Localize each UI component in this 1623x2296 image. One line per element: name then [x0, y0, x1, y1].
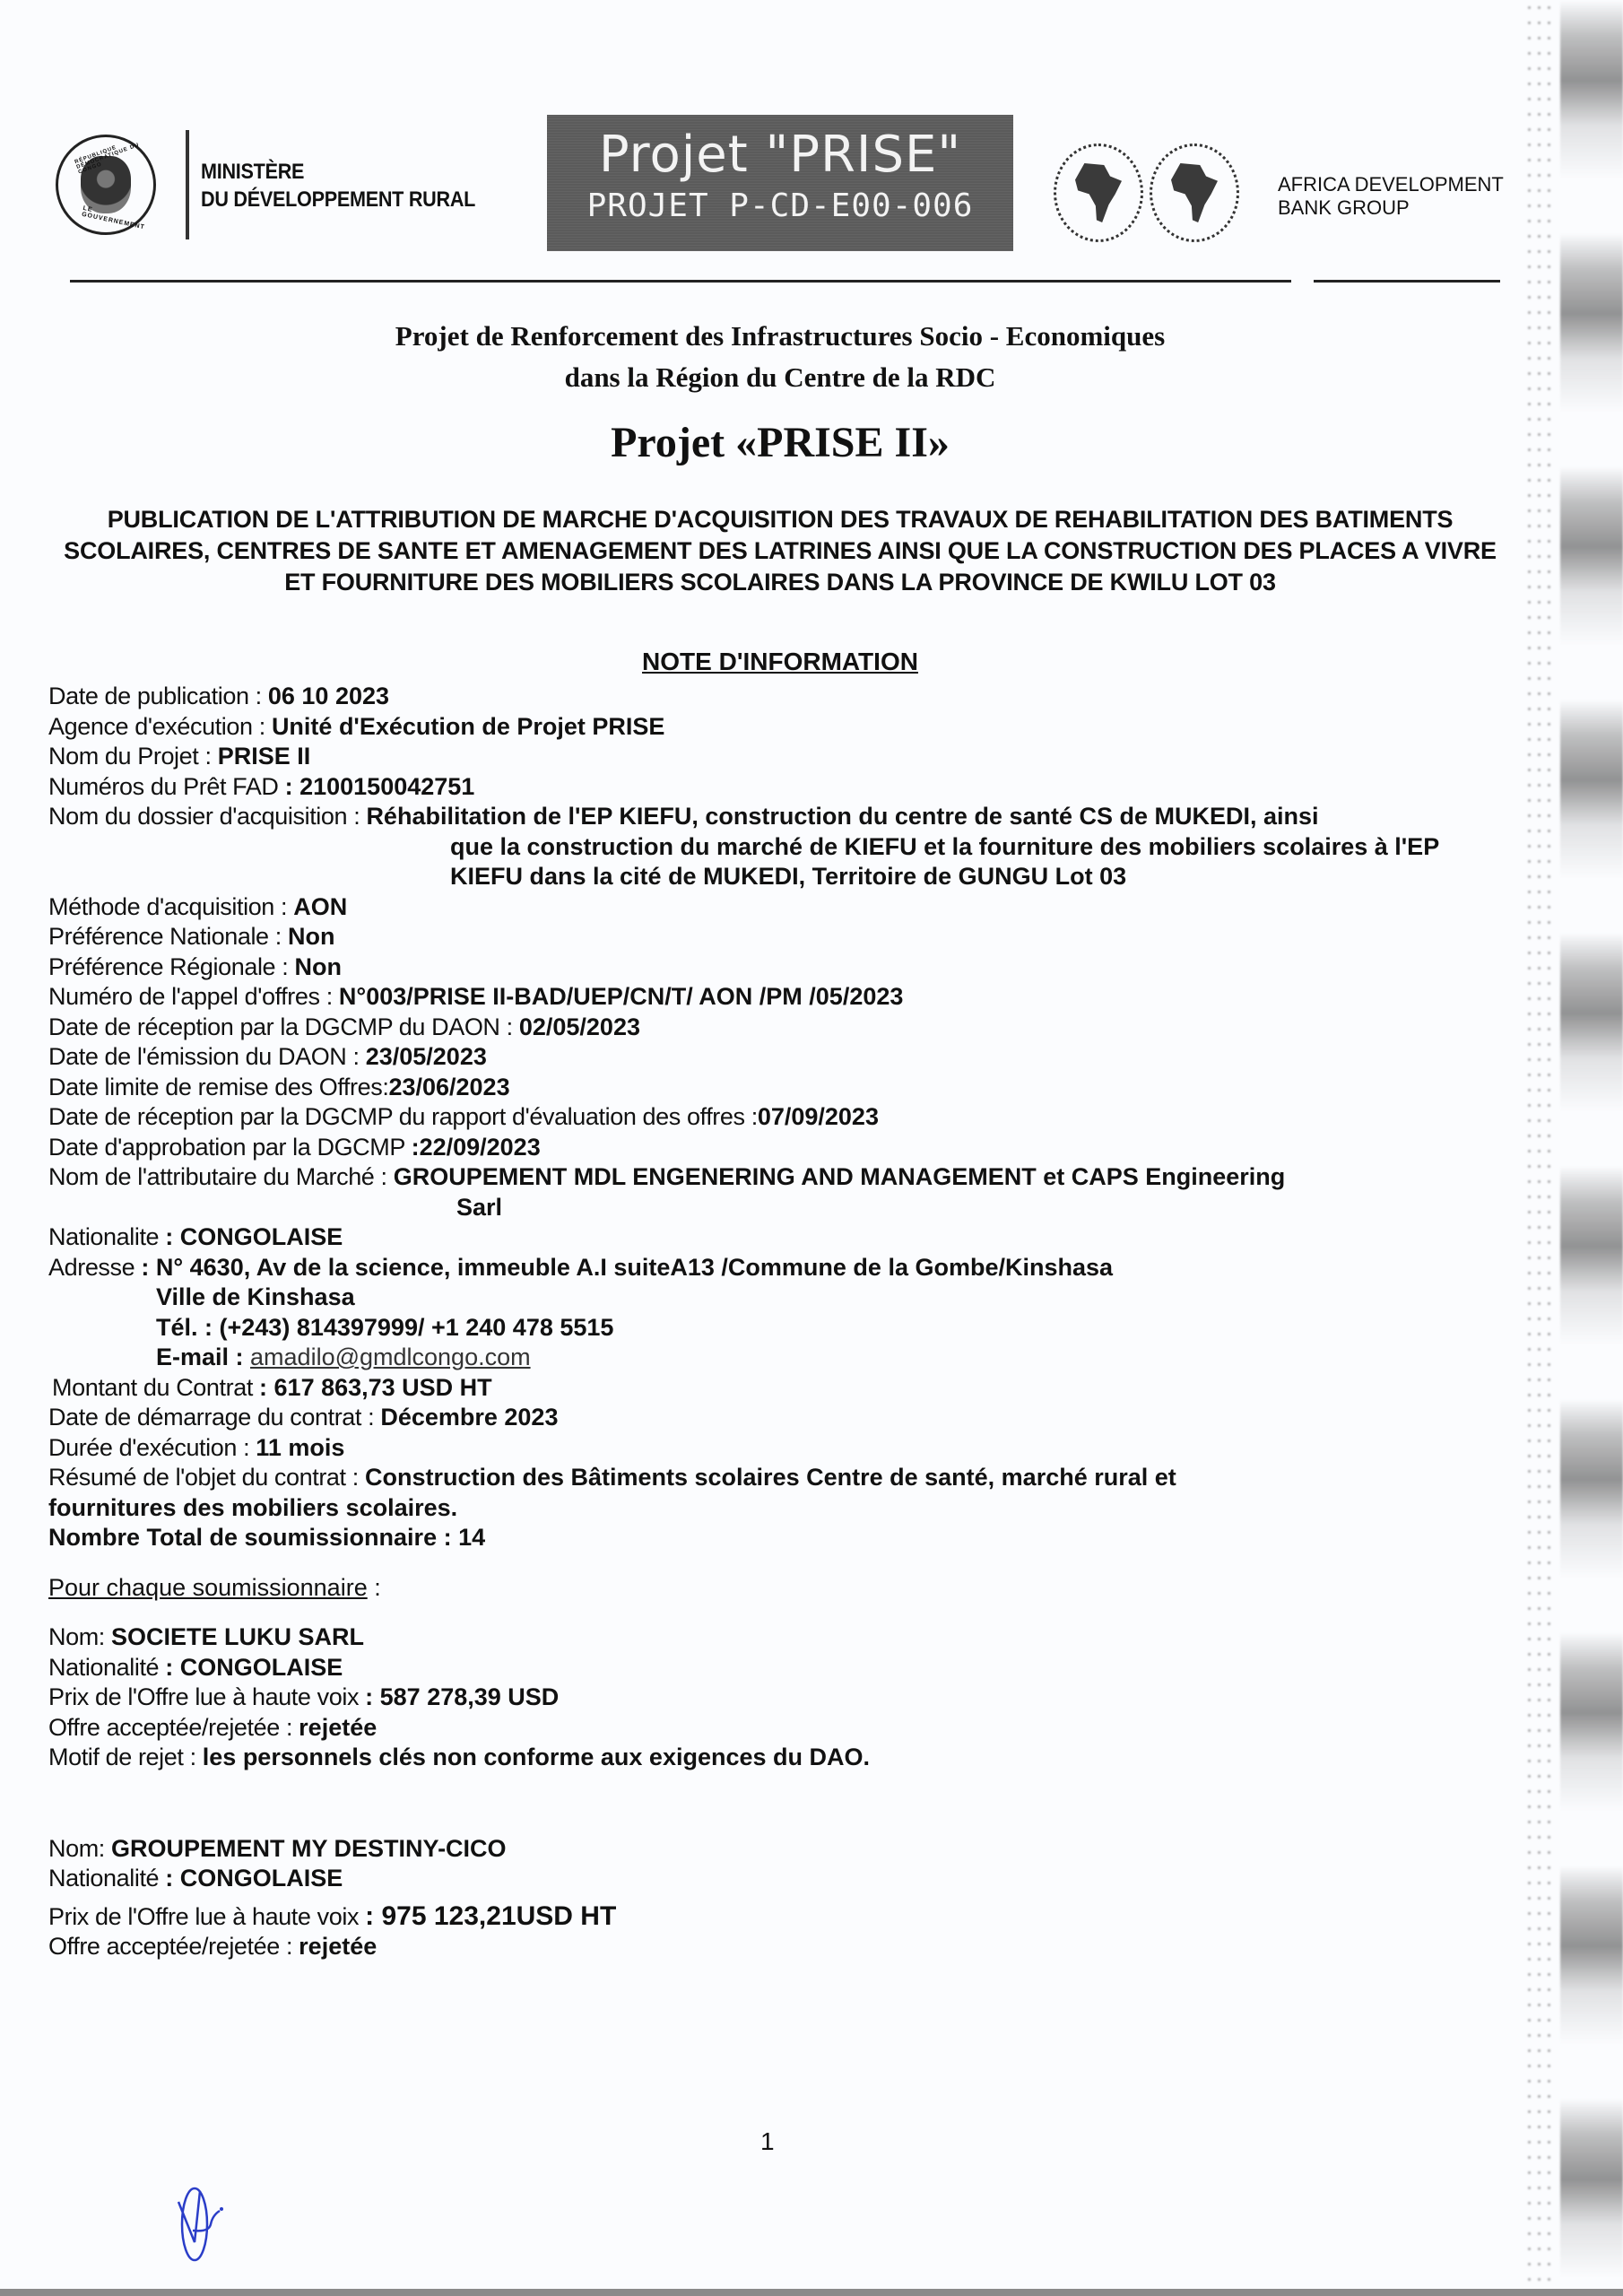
field-resume: Résumé de l'objet du contrat : Construct…: [48, 1463, 1519, 1493]
scanner-bottom-edge: [0, 2289, 1623, 2296]
ministry-name: MINISTÈRE DU DÉVELOPPEMENT RURAL: [201, 158, 475, 213]
field-nom-projet: Nom du Projet : PRISE II: [48, 742, 1519, 772]
header-divider: [186, 130, 189, 239]
field-date-limite: Date limite de remise des Offres:23/06/2…: [48, 1073, 1519, 1103]
field-approbation: Date d'approbation par la DGCMP :22/09/2…: [48, 1133, 1519, 1163]
field-attributaire: Nom de l'attributaire du Marché : GROUPE…: [48, 1162, 1519, 1193]
spacer: [48, 1603, 1519, 1622]
bidder-name: Nom: SOCIETE LUKU SARL: [48, 1622, 1519, 1653]
field-adresse-ville: Ville de Kinshasa: [48, 1283, 1519, 1313]
page-number: 1: [760, 2127, 775, 2156]
field-adresse: Adresse : N° 4630, Av de la science, imm…: [48, 1253, 1519, 1283]
bidder-nationality: Nationalité : CONGOLAISE: [48, 1653, 1519, 1683]
bidder-entry: Nom: GROUPEMENT MY DESTINY-CICO National…: [48, 1834, 1519, 1962]
ministry-line-2: DU DÉVELOPPEMENT RURAL: [201, 186, 475, 213]
field-dossier-continued: que la construction du marché de KIEFU e…: [48, 832, 1472, 892]
project-title: Projet «PRISE II»: [0, 418, 1560, 467]
signature-mark: [166, 2175, 247, 2265]
field-date-publication: Date de publication : 06 10 2023: [48, 682, 1519, 712]
spacer: [48, 1553, 1519, 1573]
project-banner: Projet "PRISE" PROJET P-CD-E00-006: [547, 115, 1013, 251]
banner-title: Projet "PRISE": [547, 126, 1013, 185]
africa-map-icon: [1075, 163, 1122, 222]
field-pref-regionale: Préférence Régionale : Non: [48, 952, 1519, 983]
field-attributaire-continued: Sarl: [48, 1193, 1519, 1223]
bidder-name: Nom: GROUPEMENT MY DESTINY-CICO: [48, 1834, 1519, 1865]
subtitle-line-2: dans la Région du Centre de la RDC: [0, 357, 1560, 398]
field-duree: Durée d'exécution : 11 mois: [48, 1433, 1519, 1464]
field-pref-nationale: Préférence Nationale : Non: [48, 922, 1519, 952]
field-reception-rapport: Date de réception par la DGCMP du rappor…: [48, 1102, 1519, 1133]
field-appel-offres: Numéro de l'appel d'offres : N°003/PRISE…: [48, 982, 1519, 1013]
field-tel: Tél. : (+243) 814397999/ +1 240 478 5515: [48, 1313, 1519, 1344]
field-agence: Agence d'exécution : Unité d'Exécution d…: [48, 712, 1519, 743]
field-montant: Montant du Contrat : 617 863,73 USD HT: [48, 1373, 1519, 1404]
field-reception-daon: Date de réception par la DGCMP du DAON :…: [48, 1013, 1519, 1043]
notice-body: Date de publication : 06 10 2023 Agence …: [48, 682, 1519, 1962]
program-subtitle: Projet de Renforcement des Infrastructur…: [0, 316, 1560, 398]
bidders-section-title: Pour chaque soumissionnaire :: [48, 1573, 1519, 1604]
africa-map-icon: [1171, 163, 1218, 222]
note-title: NOTE D'INFORMATION: [0, 648, 1560, 676]
spacer: [48, 1773, 1519, 1834]
field-resume-continued: fournitures des mobiliers scolaires.: [48, 1493, 1519, 1524]
drc-emblem-logo: RÉPUBLIQUE DÉMOCRATIQUE DU CONGO LE GOUV…: [56, 135, 156, 235]
bidder-price: Prix de l'Offre lue à haute voix : 587 2…: [48, 1683, 1519, 1713]
scan-edge-artifact: [1560, 0, 1623, 2296]
banner-subtitle: PROJET P-CD-E00-006: [547, 185, 1013, 228]
field-emission-daon: Date de l'émission du DAON : 23/05/2023: [48, 1042, 1519, 1073]
field-dossier: Nom du dossier d'acquisition : Réhabilit…: [48, 802, 1519, 832]
bidder-status: Offre acceptée/rejetée : rejetée: [48, 1713, 1519, 1744]
bidder-reject-reason: Motif de rejet : les personnels clés non…: [48, 1743, 1519, 1773]
header-rule-short: [1314, 280, 1500, 283]
bidder-nationality: Nationalité : CONGOLAISE: [48, 1864, 1519, 1894]
afdb-line-2: BANK GROUP: [1278, 196, 1504, 220]
afdb-line-1: AFRICA DEVELOPMENT: [1278, 173, 1504, 196]
ministry-line-1: MINISTÈRE: [201, 158, 475, 186]
bidder-status: Offre acceptée/rejetée : rejetée: [48, 1932, 1519, 1962]
subtitle-line-1: Projet de Renforcement des Infrastructur…: [0, 316, 1560, 357]
email-link[interactable]: amadilo@gmdlcongo.com: [250, 1344, 531, 1370]
afdf-fund-logo: [1150, 143, 1239, 242]
publication-title: PUBLICATION DE L'ATTRIBUTION DE MARCHE D…: [49, 504, 1511, 598]
bidder-price: Prix de l'Offre lue à haute voix : 975 1…: [48, 1901, 1519, 1933]
field-nationalite: Nationalite : CONGOLAISE: [48, 1222, 1519, 1253]
field-email: E-mail : amadilo@gmdlcongo.com: [48, 1343, 1519, 1373]
field-demarrage: Date de démarrage du contrat : Décembre …: [48, 1403, 1519, 1433]
field-nombre-total: Nombre Total de soumissionnaire : 14: [48, 1523, 1519, 1553]
afdb-bank-logo: [1054, 143, 1143, 242]
bidder-entry: Nom: SOCIETE LUKU SARL Nationalité : CON…: [48, 1622, 1519, 1773]
field-methode: Méthode d'acquisition : AON: [48, 892, 1519, 923]
afdb-group-name: AFRICA DEVELOPMENT BANK GROUP: [1278, 173, 1504, 220]
field-pret-fad: Numéros du Prêt FAD : 2100150042751: [48, 772, 1519, 803]
header-rule: [70, 280, 1291, 283]
